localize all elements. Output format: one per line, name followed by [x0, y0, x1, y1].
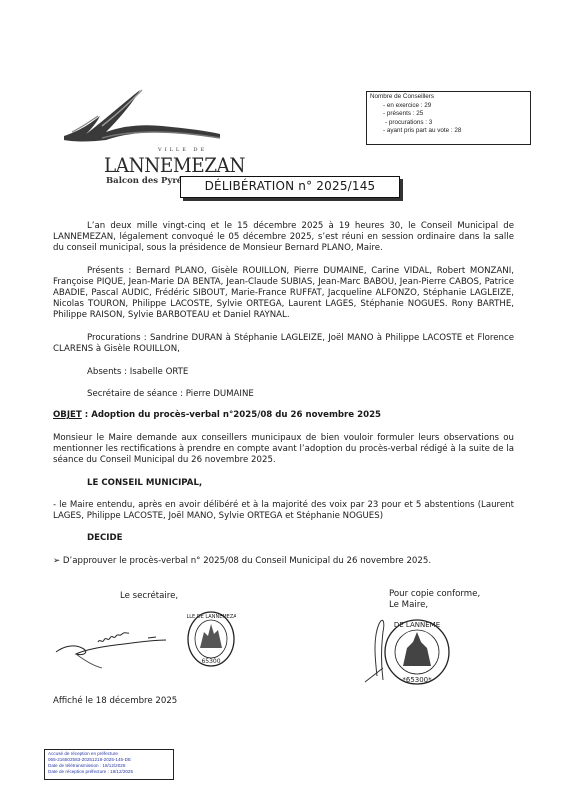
deliberation-title: DÉLIBÉRATION n° 2025/145 [180, 176, 400, 198]
counsellors-in-office: - en exercice : 29 [370, 102, 527, 111]
town-stamp-secretary-icon: VILLE DE LANNEMEZAN 65300 [186, 610, 236, 668]
town-logo: VILLE DE LANNEMEZAN Balcon des Pyrénées [62, 86, 222, 190]
object-line: OBJET : Adoption du procès-verbal n°2025… [53, 410, 514, 421]
object-label: OBJET [53, 410, 82, 420]
secretary-line: Secrétaire de séance : Pierre DUMAINE [87, 389, 254, 400]
presents-paragraph: Présents : Bernard PLANO, Gisèle ROUILLO… [53, 266, 514, 321]
svg-text:VILLE DE LANNEMEZAN: VILLE DE LANNEMEZAN [186, 614, 236, 620]
counsellors-title: Nombre de Conseillers [370, 93, 527, 102]
posted-date: Affiché le 18 décembre 2025 [53, 696, 177, 707]
intro-paragraph: L’an deux mille vingt-cinq et le 15 déce… [53, 221, 514, 254]
proxies-paragraph: Procurations : Sandrine DURAN à Stéphani… [53, 333, 514, 355]
svg-text:65300: 65300 [201, 658, 220, 665]
mayor-stamp-signature-icon: DE LANNEME *65300* [355, 608, 475, 688]
counsellors-count-box: Nombre de Conseillers - en exercice : 29… [366, 91, 531, 145]
absents-line: Absents : Isabelle ORTE [87, 367, 188, 378]
counsellors-voting: - ayant pris part au vote : 28 [370, 127, 527, 136]
request-paragraph: Monsieur le Maire demande aux conseiller… [53, 433, 514, 466]
secretary-label: Le secrétaire, [120, 591, 178, 602]
prefecture-receipt-box: Accusé de réception en préfecture 065-21… [44, 749, 174, 780]
counsellors-proxies: - procurations : 3 [370, 119, 527, 128]
mountain-swoosh-icon [62, 86, 222, 156]
council-heading: LE CONSEIL MUNICIPAL, [87, 478, 202, 489]
vote-paragraph: - le Maire entendu, après en avoir délib… [53, 500, 514, 522]
svg-text:DE LANNEME: DE LANNEME [394, 621, 440, 629]
svg-text:*65300*: *65300* [402, 676, 432, 684]
deliberation-page: VILLE DE LANNEMEZAN Balcon des Pyrénées … [0, 0, 565, 800]
counsellors-present: - présents : 25 [370, 110, 527, 119]
decision-line: ➢ D’approuver le procès-verbal n° 2025/0… [53, 556, 514, 567]
logo-town-name: LANNEMEZAN [104, 153, 245, 177]
secretary-signature-icon [54, 630, 174, 670]
prefecture-line-4: Date de réception préfecture : 18/12/202… [48, 769, 170, 775]
object-text: : Adoption du procès-verbal n°2025/08 du… [82, 410, 381, 420]
decide-heading: DECIDE [87, 533, 123, 544]
copy-label: Pour copie conforme, [389, 589, 480, 600]
